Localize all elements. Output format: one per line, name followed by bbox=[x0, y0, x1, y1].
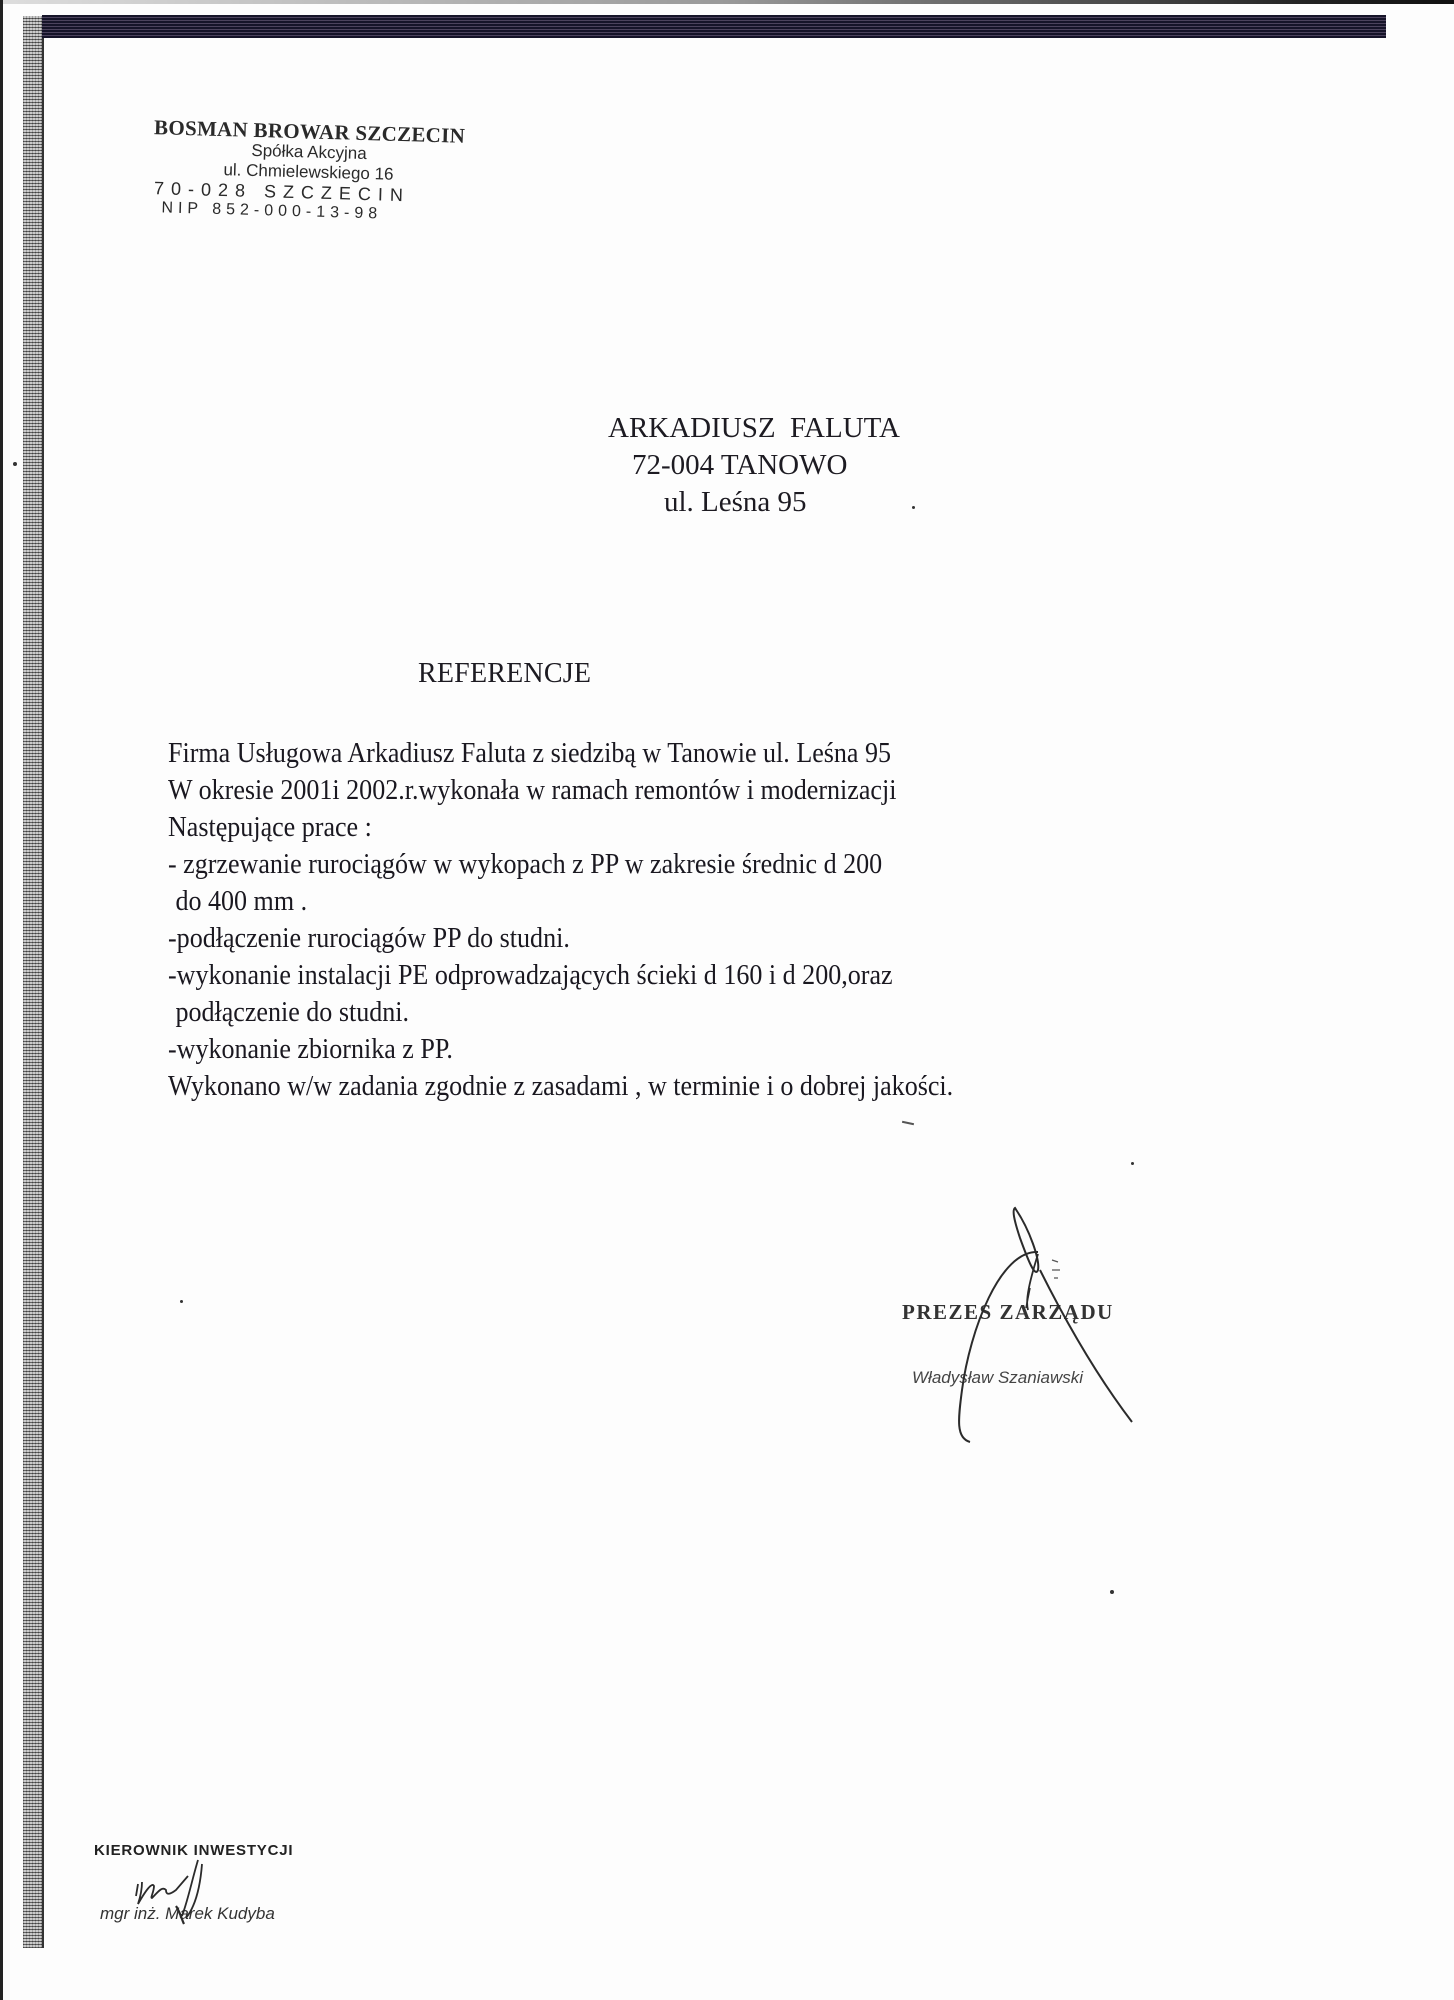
recipient-address: ARKADIUSZ FALUTA 72-004 TANOWO ul. Leśna… bbox=[600, 410, 940, 521]
recipient-street: ul. Leśna 95 bbox=[600, 484, 940, 521]
document-body: Firma Usługowa Arkadiusz Faluta z siedzi… bbox=[168, 735, 953, 1105]
scan-speck bbox=[180, 1300, 183, 1303]
scan-speck bbox=[13, 462, 17, 466]
scanned-letter-page: BOSMAN BROWAR SZCZECIN Spółka Akcyjna ul… bbox=[0, 0, 1454, 2000]
scan-top-edge bbox=[0, 0, 1454, 4]
body-line: -wykonanie zbiornika z PP. bbox=[168, 1031, 953, 1068]
document-title: REFERENCJE bbox=[418, 658, 591, 690]
body-line: Wykonano w/w zadania zgodnie z zasadami … bbox=[168, 1068, 953, 1105]
body-line: W okresie 2001i 2002.r.wykonała w ramach… bbox=[168, 772, 953, 809]
scan-noise-strip bbox=[23, 16, 43, 1948]
body-line: -wykonanie instalacji PE odprowadzającyc… bbox=[168, 957, 953, 994]
recipient-postal-city: 72-004 TANOWO bbox=[600, 447, 940, 484]
body-line: do 400 mm . bbox=[168, 883, 953, 920]
scan-strip-border bbox=[42, 16, 44, 1948]
body-line: -podłączenie rurociągów PP do studni. bbox=[168, 920, 953, 957]
scan-speck bbox=[1110, 1590, 1114, 1594]
investment-manager-signature-block: KIEROWNIK INWESTYCJI mgr inż. Marek Kudy… bbox=[80, 1820, 350, 1940]
body-line: podłączenie do studni. bbox=[168, 994, 953, 1031]
recipient-name: ARKADIUSZ FALUTA bbox=[600, 410, 940, 447]
scan-left-edge bbox=[0, 0, 3, 2000]
body-line: Następujące prace : bbox=[168, 809, 953, 846]
body-line: Firma Usługowa Arkadiusz Faluta z siedzi… bbox=[168, 735, 953, 772]
body-line: - zgrzewanie rurociągów w wykopach z PP … bbox=[168, 846, 953, 883]
scan-speck bbox=[1131, 1162, 1134, 1165]
company-stamp: BOSMAN BROWAR SZCZECIN Spółka Akcyjna ul… bbox=[147, 116, 470, 227]
scan-speck bbox=[902, 1121, 914, 1125]
president-signature-block: PREZES ZARZĄDU Władysław Szaniawski bbox=[880, 1190, 1150, 1450]
handwritten-signature-icon bbox=[880, 1190, 1150, 1450]
scan-noise-bar bbox=[42, 15, 1386, 38]
handwritten-signature-icon bbox=[80, 1820, 350, 1940]
